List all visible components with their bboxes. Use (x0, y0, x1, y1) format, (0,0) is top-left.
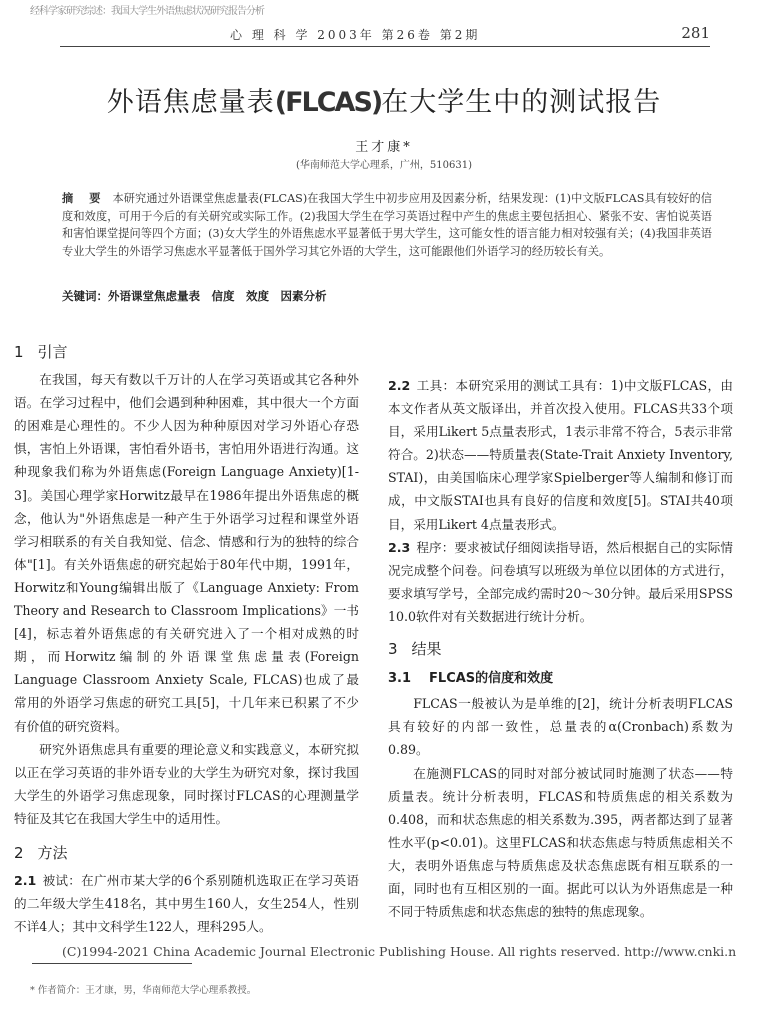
author: 王才康* (0, 136, 768, 155)
method-procedure: 2.3程序：要求被试仔细阅读指导语，然后根据自己的实际情况完成整个问卷。问卷填写… (388, 536, 733, 628)
keywords: 关键词：外语课堂焦虑量表 信度 效度 因素分析 (62, 288, 327, 304)
header-rule (60, 46, 710, 47)
abstract-label: 摘 要 (62, 192, 107, 205)
footnote: * 作者简介：王才康，男，华南师范大学心理系教授。 (30, 982, 256, 996)
title-before: 外语焦虑量表 (107, 87, 275, 118)
method-tools: 2.2工具：本研究采用的测试工具有：1)中文版FLCAS，由本文作者从英文版译出… (388, 374, 733, 536)
title-after: 在大学生中的测试报告 (381, 87, 661, 118)
abstract: 摘 要本研究通过外语课堂焦虑量表(FLCAS)在我国大学生中初步应用及因素分析，… (62, 190, 712, 260)
copyright-notice: (C)1994-2021 China Academic Journal Elec… (62, 944, 736, 959)
section-heading-intro: 1引言 (14, 341, 359, 364)
paper-title: 外语焦虑量表(FLCAS)在大学生中的测试报告 (0, 80, 768, 119)
title-garbled: (FLCAS) (275, 87, 382, 118)
footnote-rule (32, 963, 192, 964)
right-column: 2.2工具：本研究采用的测试工具有：1)中文版FLCAS，由本文作者从英文版译出… (388, 328, 733, 923)
top-overlay-text: 经科学家研究综述：我国大学生外语焦虑状况研究报告分析 (30, 2, 264, 17)
page-number: 281 (681, 24, 710, 42)
affiliation: (华南师范大学心理系，广州，510631) (0, 156, 768, 171)
section-heading-method: 2方法 (14, 842, 359, 865)
intro-paragraph: 研究外语焦虑具有重要的理论意义和实践意义，本研究拟以正在学习英语的非外语专业的大… (14, 738, 359, 830)
section-heading-results: 3结果 (388, 638, 733, 661)
left-column: 1引言 在我国，每天有数以千万计的人在学习英语或其它各种外语。在学习过程中，他们… (14, 335, 359, 938)
intro-paragraph: 在我国，每天有数以千万计的人在学习英语或其它各种外语。在学习过程中，他们会遇到种… (14, 368, 359, 738)
results-paragraph: FLCAS一般被认为是单维的[2]，统计分析表明FLCAS具有较好的内部一致性，… (388, 692, 733, 761)
results-paragraph: 在施测FLCAS的同时对部分被试同时施测了状态——特质量表。统计分析表明，FLC… (388, 762, 733, 924)
journal-info: 心 理 科 学 2003年 第26卷 第2期 (230, 26, 480, 43)
abstract-text: 本研究通过外语课堂焦虑量表(FLCAS)在我国大学生中初步应用及因素分析，结果发… (62, 192, 712, 258)
subsection-heading-reliability: 3.1FLCAS的信度和效度 (388, 667, 733, 690)
method-subjects: 2.1被试：在广州市某大学的6个系别随机选取正在学习英语的二年级大学生418名，… (14, 869, 359, 938)
